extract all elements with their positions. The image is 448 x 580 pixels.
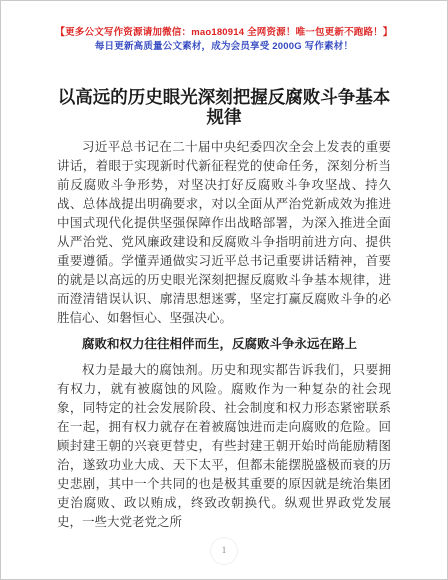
page-number: 1 xyxy=(222,546,227,556)
page-number-watermark: 1 xyxy=(210,537,238,565)
section-subheading: 腐败和权力往往相伴而生，反腐败斗争永远在路上 xyxy=(57,335,391,354)
header-notice-line2: 每日更新高质量公文素材，成为会员享受 2000G 写作素材！ xyxy=(1,40,447,54)
document-body: 习近平总书记在二十届中央纪委四次全会上发表的重要讲话，着眼于实现新时代新征程党的… xyxy=(57,138,391,532)
document-title: 以高远的历史眼光深刻把握反腐败斗争基本规律 xyxy=(57,87,391,127)
paragraph-body: 权力是最大的腐蚀剂。历史和现实都告诉我们，只要拥有权力，就有被腐蚀的风险。腐败作… xyxy=(57,361,391,532)
page-footer: 1 xyxy=(1,537,447,565)
header-notice: 【更多公文写作资源请加微信：mao180914 全网资源！唯一包更新不跑路！】 … xyxy=(1,26,447,54)
document-page: 【更多公文写作资源请加微信：mao180914 全网资源！唯一包更新不跑路！】 … xyxy=(0,0,448,580)
paragraph-intro: 习近平总书记在二十届中央纪委四次全会上发表的重要讲话，着眼于实现新时代新征程党的… xyxy=(57,138,391,328)
header-notice-line1: 【更多公文写作资源请加微信：mao180914 全网资源！唯一包更新不跑路！】 xyxy=(1,26,447,40)
